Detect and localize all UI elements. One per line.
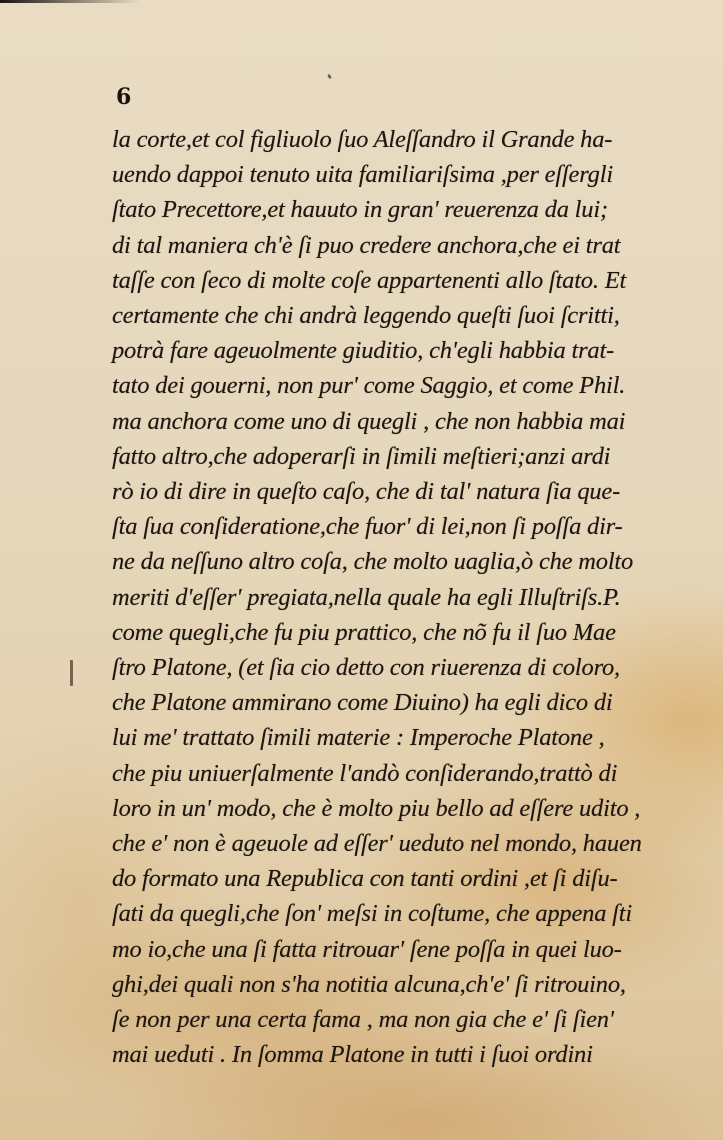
text-line: ma anchora come uno di quegli , che non … [112,404,672,439]
text-line: do formato una Republica con tanti ordin… [112,861,672,896]
text-line: meriti d'eſſer' pregiata,nella quale ha … [112,580,672,615]
text-line: uendo dappoi tenuto uita familiariſsima … [112,157,672,192]
scanned-page: 6 la corte,et col figliuolo ſuo Aleſſand… [0,0,723,1140]
body-text: la corte,et col figliuolo ſuo Aleſſandro… [112,122,672,1072]
text-line: come quegli,che fu piu prattico, che nõ … [112,615,672,650]
text-line: ſati da quegli,che ſon' meſsi in coſtume… [112,896,672,931]
text-line: di tal maniera ch'è ſi puo credere ancho… [112,228,672,263]
paper-speck [327,74,332,80]
text-line: ſta ſua conſideratione,che fuor' di lei,… [112,509,672,544]
text-line: che piu uniuerſalmente l'andò conſideran… [112,756,672,791]
margin-mark [70,660,73,686]
text-line: lui me' trattato ſimili materie : Impero… [112,720,672,755]
text-line: ne da neſſuno altro coſa, che molto uagl… [112,544,672,579]
text-line: ghi,dei quali non s'ha notitia alcuna,ch… [112,967,672,1002]
text-line: ſtato Precettore,et hauuto in gran' reue… [112,192,672,227]
page-number: 6 [116,84,131,110]
text-line: ſe non per una certa fama , ma non gia c… [112,1002,672,1037]
text-line: potrà fare ageuolmente giuditio, ch'egli… [112,333,672,368]
text-line: mai ueduti . In ſomma Platone in tutti i… [112,1037,672,1072]
text-line: che Platone ammirano come Diuino) ha egl… [112,685,672,720]
text-line: loro in un' modo, che è molto piu bello … [112,791,672,826]
text-line: la corte,et col figliuolo ſuo Aleſſandro… [112,122,672,157]
text-line: mo io,che una ſi fatta ritrouar' ſene po… [112,932,672,967]
text-line: ſtro Platone, (et ſia cio detto con riue… [112,650,672,685]
text-line: certamente che chi andrà leggendo queſti… [112,298,672,333]
text-line: taſſe con ſeco di molte coſe appartenent… [112,263,672,298]
text-line: rò io di dire in queſto caſo, che di tal… [112,474,672,509]
text-line: tato dei gouerni, non pur' come Saggio, … [112,368,672,403]
text-line: che e' non è ageuole ad eſſer' ueduto ne… [112,826,672,861]
text-line: fatto altro,che adoperarſi in ſimili meſ… [112,439,672,474]
page-edge-shadow [0,0,140,3]
